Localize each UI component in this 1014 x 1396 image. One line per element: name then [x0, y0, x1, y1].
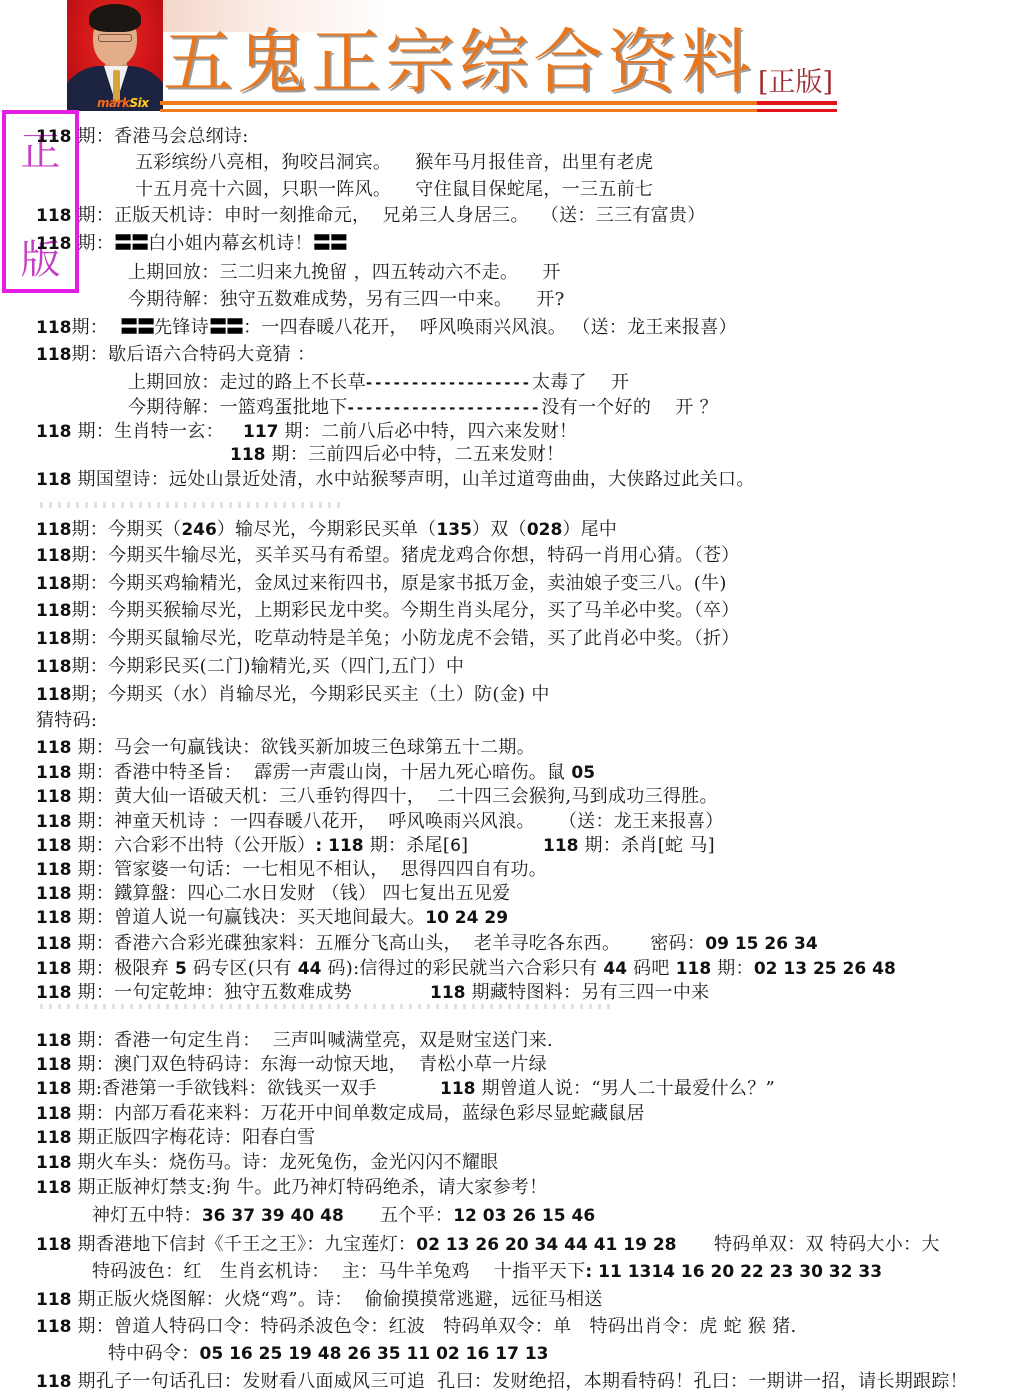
issue-number: 118 — [36, 546, 72, 566]
page-title: 五鬼正宗综合资料 — [163, 20, 755, 104]
entry-text: 期火车头：烧伤马。诗：龙死兔伤，金光闪闪不耀眼 — [72, 1152, 499, 1173]
entry-line: 118 期：香港六合彩光碟独家料：五雁分飞高山头， 老羊寻吃各东西。 密码：09… — [36, 932, 818, 956]
entry-text: 期正版神灯禁支:狗 牛。此乃神灯特码绝杀，请大家参考！ — [72, 1177, 548, 1198]
number-value: 10 24 29 — [425, 908, 508, 928]
entry-text: 码):信得过的彩民就当六合彩只有 — [321, 958, 603, 979]
entry-text: 今期待解：一篮鸡蛋批地下 — [128, 397, 348, 418]
document-page: markSix 五鬼正宗综合资料 [正版] 正 版 118 期：香港马会总纲诗:… — [0, 0, 1014, 1396]
sub-line: 上期回放：三二归来九挽留 ，四五转动六不走。 开 — [128, 261, 561, 285]
issue-number: 118 — [543, 836, 579, 856]
entry-text: 码吧 — [627, 958, 676, 979]
issue-number: 118 — [36, 983, 72, 1003]
entry-line: 118 期：正版天机诗：申时一刻推命元， 兄弟三人身居三。 （送：三三有富贵） — [36, 204, 706, 228]
issue-number: 118 — [36, 1153, 72, 1173]
entry-text: 期：二前八后必中特，四六来发财！ — [279, 421, 578, 442]
entry-line: 118 期：三前四后必中特，二五来发财！ — [230, 443, 564, 467]
entry-text: 期：极限弃 — [72, 958, 176, 979]
entry-text: 期：黄大仙一语破天机：三八垂钓得四十， 二十四三会猴狗,马到成功三得胜。 — [72, 786, 718, 807]
entry-text: 期：生肖特一玄： — [72, 421, 224, 442]
photo-hair — [89, 4, 141, 32]
entry-group: 118 期藏特图料：另有三四一中来 — [430, 981, 709, 1005]
entry-line: 118期：今期买鼠输尽光，吃草动特是羊兔；小防龙虎不会错，买了此肖必中奖。（折） — [36, 627, 740, 651]
issue-number: 118 — [36, 1055, 72, 1075]
entry-line: 118 期：香港一句定生肖： 三声叫喊满堂亮，双是财宝送门来. — [36, 1029, 553, 1053]
entry-line: 118 期：神童天机诗 ：一四春暖八花开， 呼风唤雨兴风浪。 （送：龙王来报喜） — [36, 810, 724, 834]
issue-number: 118 — [36, 657, 72, 677]
number-value: 02 13 25 26 48 — [754, 959, 896, 979]
sub-line: 神灯五中特：36 37 39 40 48五个平：12 03 26 15 46 — [92, 1204, 344, 1228]
entry-text: 上期回放：三二归来九挽留 ，四五转动六不走。 开 — [128, 262, 561, 283]
issue-number: 118 — [36, 836, 72, 856]
entry-text: 期：香港六合彩光碟独家料：五雁分飞高山头， 老羊寻吃各东西。 密码： — [72, 933, 706, 954]
number-value: 12 03 26 15 46 — [453, 1206, 595, 1226]
entry-text: 期：今期买鸡输精光，金凤过来衔四书，原是家书抵万金，卖油娘子变三八。(牛) — [72, 573, 727, 594]
sub-line: 特中码令：05 16 25 19 48 26 35 11 02 16 17 13 — [108, 1342, 549, 1366]
title-rule-orange-2 — [160, 109, 757, 112]
entry-text: 期：香港马会总纲诗: — [72, 126, 249, 147]
issue-number: 118 — [36, 1079, 72, 1099]
entry-text: 期：今期买猴输尽光，上期彩民龙中奖。今期生肖头尾分，买了马羊必中奖。（卒） — [72, 600, 740, 621]
photo-glasses — [98, 34, 132, 42]
issue-number: 118 — [36, 470, 72, 490]
entry-text: 期： — [72, 233, 115, 254]
entry-text: 码专区(只有 — [187, 958, 298, 979]
issue-number: 118 — [36, 127, 72, 147]
entry-text: 期：马会一句赢钱诀：欲钱买新加坡三色球第五十二期。 — [72, 737, 536, 758]
entry-text: 先锋诗 — [154, 317, 209, 338]
number-value: 05 — [571, 763, 595, 783]
entry-group: 118 期：杀肖[蛇 马] — [543, 834, 715, 858]
issue-number: 118 — [36, 345, 72, 365]
entry-text: 期：今期买（ — [72, 519, 182, 540]
poem-line: 十五月亮十六圆，只职一阵风。 守住鼠目保蛇尾，一三五前七 — [135, 178, 653, 202]
entry-text: 期：正版天机诗：申时一刻推命元， 兄弟三人身居三。 （送：三三有富贵） — [72, 205, 706, 226]
sub-line: 今期待解：一篮鸡蛋批地下---------------------没有一个好的 … — [128, 396, 718, 420]
entry-line: 118 期：〓〓白小姐内幕玄机诗！〓〓 — [36, 232, 347, 256]
issue-number: 118 — [36, 738, 72, 758]
entry-text: 期藏特图料：另有三四一中来 — [466, 982, 710, 1003]
entry-group: 五个平：12 03 26 15 46 — [380, 1204, 595, 1228]
number-value: 5 — [175, 959, 187, 979]
scan-artifact — [40, 502, 340, 508]
entry-text: 期孔子一句话孔曰：发财看八面威风三可追 孔曰：发财绝招，本期看特码！孔曰：一期讲… — [72, 1371, 968, 1392]
entry-line: 118 期正版神灯禁支:狗 牛。此乃神灯特码绝杀，请大家参考！ — [36, 1176, 547, 1200]
issue-number: 118 — [440, 1079, 476, 1099]
entry-text: 十五月亮十六圆，只职一阵风。 守住鼠目保蛇尾，一三五前七 — [135, 179, 653, 200]
entry-text: 特码波色：红 生肖玄机诗： 主：马牛羊兔鸡 十指平天下 — [92, 1261, 585, 1282]
entry-line: 118 期：香港中特圣旨： 霹雳一声震山岗，十居九死心暗伤。鼠 05 — [36, 761, 595, 785]
issue-number: 118 — [36, 787, 72, 807]
issue-number: 118 — [36, 1128, 72, 1148]
entry-line: 118 期：六合彩不出特（公开版）: 118 期：杀尾[6]118 期：杀肖[蛇… — [36, 834, 468, 858]
issue-number: 118 — [36, 1372, 72, 1392]
entry-text: 特码单双：双 特码大小：大 — [714, 1234, 940, 1255]
entry-text: ] — [461, 835, 468, 856]
entry-text: 期：香港一句定生肖： 三声叫喊满堂亮，双是财宝送门来. — [72, 1030, 554, 1051]
issue-number: 118 — [36, 574, 72, 594]
number-value: 44 — [603, 959, 627, 979]
entry-text: 期：六合彩不出特（公开版） — [72, 835, 316, 856]
entry-text: 今期待解：独守五数难成势，另有三四一中来。 开? — [128, 289, 565, 310]
bar-marker: 〓〓 — [209, 317, 243, 338]
number-value: 246 — [181, 520, 217, 540]
entry-text: 期:香港第一手欲钱料：欲钱买一双手 — [72, 1078, 377, 1099]
entry-line: 118期： 〓〓先锋诗〓〓：一四春暖八花开， 呼风唤雨兴风浪。 （送：龙王来报喜… — [36, 316, 737, 340]
entry-line: 118 期：极限弃 5 码专区(只有 44 码):信得过的彩民就当六合彩只有 4… — [36, 957, 896, 981]
issue-number: 118 — [36, 318, 72, 338]
poem-line: 五彩缤纷八亮相，狗咬吕洞宾。 猴年马月报佳音，出里有老虎 — [135, 151, 653, 175]
entry-text: ）输尽光，今期彩民买单（ — [217, 519, 437, 540]
entry-text: ：一四春暖八花开， 呼风唤雨兴风浪。 （送：龙王来报喜） — [243, 317, 737, 338]
entry-text: ）尾中 — [562, 519, 617, 540]
sub-line: 特码波色：红 生肖玄机诗： 主：马牛羊兔鸡 十指平天下: 11 1314 16 … — [92, 1260, 882, 1284]
entry-text: 期：鐵算盤：四心二水日发财 （钱） 四七复出五见爱 — [72, 883, 511, 904]
entry-text: 期：内部万看花来料：万花开中间单数定成局，蓝绿色彩尽显蛇藏鼠居 — [72, 1103, 645, 1124]
entry-text: 期：神童天机诗 ：一四春暖八花开， 呼风唤雨兴风浪。 （送：龙王来报喜） — [72, 811, 724, 832]
entry-text: 期：今期买鼠输尽光，吃草动特是羊兔；小防龙虎不会错，买了此肖必中奖。（折） — [72, 628, 740, 649]
entry-text: 上期回放：走过的路上不长草 — [128, 372, 366, 393]
issue-number: 117 — [243, 422, 279, 442]
bar-marker: 〓〓 — [120, 317, 154, 338]
issue-number: 118 — [36, 860, 72, 880]
entry-text: 期：杀肖[蛇 马] — [579, 835, 716, 856]
logo-part-six: Six — [130, 96, 149, 110]
issue-number: 118 — [36, 934, 72, 954]
entry-line: 118 期火车头：烧伤马。诗：龙死兔伤，金光闪闪不耀眼 — [36, 1151, 498, 1175]
entry-text: 期： — [711, 958, 754, 979]
section-heading: 猜特码: — [36, 709, 97, 733]
issue-number: 118 — [36, 422, 72, 442]
entry-line: 118期：今期彩民买(二门)输精光,买（四门,五门）中 — [36, 655, 464, 679]
entry-line: 118期：今期买猴输尽光，上期彩民龙中奖。今期生肖头尾分，买了马羊必中奖。（卒） — [36, 599, 740, 623]
edition-tag: [正版] — [758, 66, 833, 100]
entry-text: 五个平： — [380, 1205, 453, 1226]
entry-group: 118 期曾道人说：“男人二十最爱什么？” — [440, 1077, 775, 1101]
entry-line: 118 期：生肖特一玄：117 期：二前八后必中特，四六来发财！ — [36, 420, 224, 444]
entry-line: 118 期：一句定乾坤：独守五数难成势118 期藏特图料：另有三四一中来 — [36, 981, 352, 1005]
issue-number: 118 — [36, 1290, 72, 1310]
issue-number: 118 — [36, 234, 72, 254]
issue-number: 118 — [36, 601, 72, 621]
issue-number: 118 — [36, 1031, 72, 1051]
issue-number: 118 — [430, 983, 466, 1003]
issue-number: 118 — [36, 520, 72, 540]
photo-logo: markSix — [97, 96, 149, 110]
logo-part-mark: mark — [97, 96, 130, 110]
issue-number: 118 — [36, 206, 72, 226]
entry-line: 118 期正版火烧图解：火烧“鸡”。诗： 偷偷摸摸常逃避，远征马相送 — [36, 1288, 603, 1312]
entry-line: 118 期：香港马会总纲诗: — [36, 125, 249, 149]
entry-text: 期曾道人说：“男人二十最爱什么？” — [476, 1078, 776, 1099]
number-value: 6 — [450, 836, 461, 856]
issue-number: 118 — [36, 884, 72, 904]
number-value: 36 37 39 40 48 — [202, 1206, 344, 1226]
entry-text: 五彩缤纷八亮相，狗咬吕洞宾。 猴年马月报佳音，出里有老虎 — [135, 152, 653, 173]
entry-line: 118 期：曾道人特码口令：特码杀波色令：红波 特码单双令：单 特码出肖令：虎 … — [36, 1315, 797, 1339]
number-value: : 11 1314 16 20 22 23 30 32 33 — [585, 1262, 882, 1282]
entry-text: 期：澳门双色特码诗：东海一动惊天地， 青松小草一片绿 — [72, 1054, 548, 1075]
issue-number: 118 — [36, 959, 72, 979]
number-value: 09 15 26 34 — [705, 934, 817, 954]
entry-text: 期正版火烧图解：火烧“鸡”。诗： 偷偷摸摸常逃避，远征马相送 — [72, 1289, 603, 1310]
entry-text: 期：曾道人特码口令：特码杀波色令：红波 特码单双令：单 特码出肖令：虎 蛇 猴 … — [72, 1316, 797, 1337]
title-rule-red-2 — [757, 109, 837, 112]
entry-text: 特中码令： — [108, 1343, 200, 1364]
entry-text: 期：杀尾[ — [364, 835, 451, 856]
entry-text: 期：一句定乾坤：独守五数难成势 — [72, 982, 353, 1003]
dash-leader: --------------------- — [348, 399, 542, 417]
issue-number: : 118 — [315, 836, 363, 856]
entry-text: 期：三前四后必中特，二五来发财！ — [266, 444, 565, 465]
sub-line: 今期待解：独守五数难成势，另有三四一中来。 开? — [128, 288, 565, 312]
entry-line: 118 期：内部万看花来料：万花开中间单数定成局，蓝绿色彩尽显蛇藏鼠居 — [36, 1102, 645, 1126]
number-value: 028 — [527, 520, 563, 540]
entry-line: 118 期：鐵算盤：四心二水日发财 （钱） 四七复出五见爱 — [36, 882, 510, 906]
issue-number: 118 — [36, 1178, 72, 1198]
entry-text: 期国望诗：远处山景近处清，水中站猴琴声明，山羊过道弯曲曲，大侠路过此关口。 — [72, 469, 755, 490]
bar-marker: 〓〓 — [114, 233, 148, 254]
issue-number: 118 — [36, 763, 72, 783]
title-rule-red — [757, 101, 837, 105]
entry-line: 118 期：曾道人说一句赢钱决：买天地间最大。10 24 29 — [36, 906, 508, 930]
entry-text: 期：曾道人说一句赢钱决：买天地间最大。 — [72, 907, 426, 928]
entry-line: 118 期国望诗：远处山景近处清，水中站猴琴声明，山羊过道弯曲曲，大侠路过此关口… — [36, 468, 755, 492]
entry-text: 期；今期买（水）肖输尽光，今期彩民买主（土）防(金) 中 — [72, 684, 550, 705]
issue-number: 118 — [36, 908, 72, 928]
issue-number: 118 — [36, 1235, 72, 1255]
entry-text: ）双（ — [472, 519, 527, 540]
issue-number: 118 — [230, 445, 266, 465]
issue-number: 118 — [36, 1317, 72, 1337]
entry-line: 118期：歇后语六合特码大竟猜 ： — [36, 343, 315, 367]
entry-line: 118期：今期买牛输尽光，买羊买马有希望。猪虎龙鸡合你想，特码一肖用心猜。（苍） — [36, 544, 740, 568]
entry-text: 期： — [72, 317, 121, 338]
title-rule-orange — [160, 101, 757, 105]
entry-text: 期：歇后语六合特码大竟猜 ： — [72, 344, 316, 365]
number-value: 135 — [436, 520, 472, 540]
entry-group: 117 期：二前八后必中特，四六来发财！ — [243, 420, 577, 444]
entry-line: 118 期正版四字梅花诗：阳春白雪 — [36, 1126, 315, 1150]
entry-line: 118 期:香港第一手欲钱料：欲钱买一双手118 期曾道人说：“男人二十最爱什么… — [36, 1077, 377, 1101]
bar-marker: 〓〓 — [313, 233, 347, 254]
entry-line: 118期：今期买鸡输精光，金凤过来衔四书，原是家书抵万金，卖油娘子变三八。(牛) — [36, 572, 727, 596]
issue-number: 118 — [676, 959, 712, 979]
entry-line: 118 期香港地下信封《千王之王》：九宝莲灯：02 13 26 20 34 44… — [36, 1233, 677, 1257]
entry-text: 期：今期买牛输尽光，买羊买马有希望。猪虎龙鸡合你想，特码一肖用心猜。（苍） — [72, 545, 740, 566]
entry-group: 特码单双：双 特码大小：大 — [714, 1233, 940, 1257]
entry-line: 118 期孔子一句话孔曰：发财看八面威风三可追 孔曰：发财绝招，本期看特码！孔曰… — [36, 1370, 968, 1394]
entry-text: 白小姐内幕玄机诗！ — [148, 233, 313, 254]
entry-text: 期：管家婆一句话：一七相见不相认， 思得四四自有功。 — [72, 859, 548, 880]
entry-text: 期香港地下信封《千王之王》：九宝莲灯： — [72, 1234, 417, 1255]
entry-text: 期：今期彩民买(二门)输精光,买（四门,五门）中 — [72, 656, 465, 677]
issue-number: 118 — [36, 685, 72, 705]
entry-line: 118 期：澳门双色特码诗：东海一动惊天地， 青松小草一片绿 — [36, 1053, 547, 1077]
entry-text: 没有一个好的 开 ？ — [541, 397, 718, 418]
entry-line: 118期：今期买（246）输尽光，今期彩民买单（135）双（028）尾中 — [36, 518, 617, 542]
number-value: 44 — [298, 959, 322, 979]
entry-line: 118期；今期买（水）肖输尽光，今期彩民买主（土）防(金) 中 — [36, 683, 550, 707]
entry-line: 118 期：马会一句赢钱诀：欲钱买新加坡三色球第五十二期。 — [36, 736, 535, 760]
entry-text: 期：香港中特圣旨： 霹雳一声震山岗，十居九死心暗伤。鼠 — [72, 762, 572, 783]
sub-line: 上期回放：走过的路上不长草------------------太毒了 开 — [128, 371, 629, 395]
number-value: 05 16 25 19 48 26 35 11 02 16 17 13 — [200, 1344, 549, 1364]
presenter-photo: markSix — [67, 0, 163, 111]
dash-leader: ------------------ — [366, 374, 532, 392]
issue-number: 118 — [36, 1104, 72, 1124]
issue-number: 118 — [36, 812, 72, 832]
entry-line: 118 期：黄大仙一语破天机：三八垂钓得四十， 二十四三会猴狗,马到成功三得胜。 — [36, 785, 718, 809]
entry-text: 期正版四字梅花诗：阳春白雪 — [72, 1127, 316, 1148]
issue-number: 118 — [36, 629, 72, 649]
entry-text: 太毒了 开 — [532, 372, 629, 393]
section-heading-text: 猜特码: — [36, 710, 97, 731]
entry-line: 118 期：管家婆一句话：一七相见不相认， 思得四四自有功。 — [36, 858, 547, 882]
number-value: 02 13 26 20 34 44 41 19 28 — [416, 1235, 676, 1255]
entry-text: 神灯五中特： — [92, 1205, 202, 1226]
